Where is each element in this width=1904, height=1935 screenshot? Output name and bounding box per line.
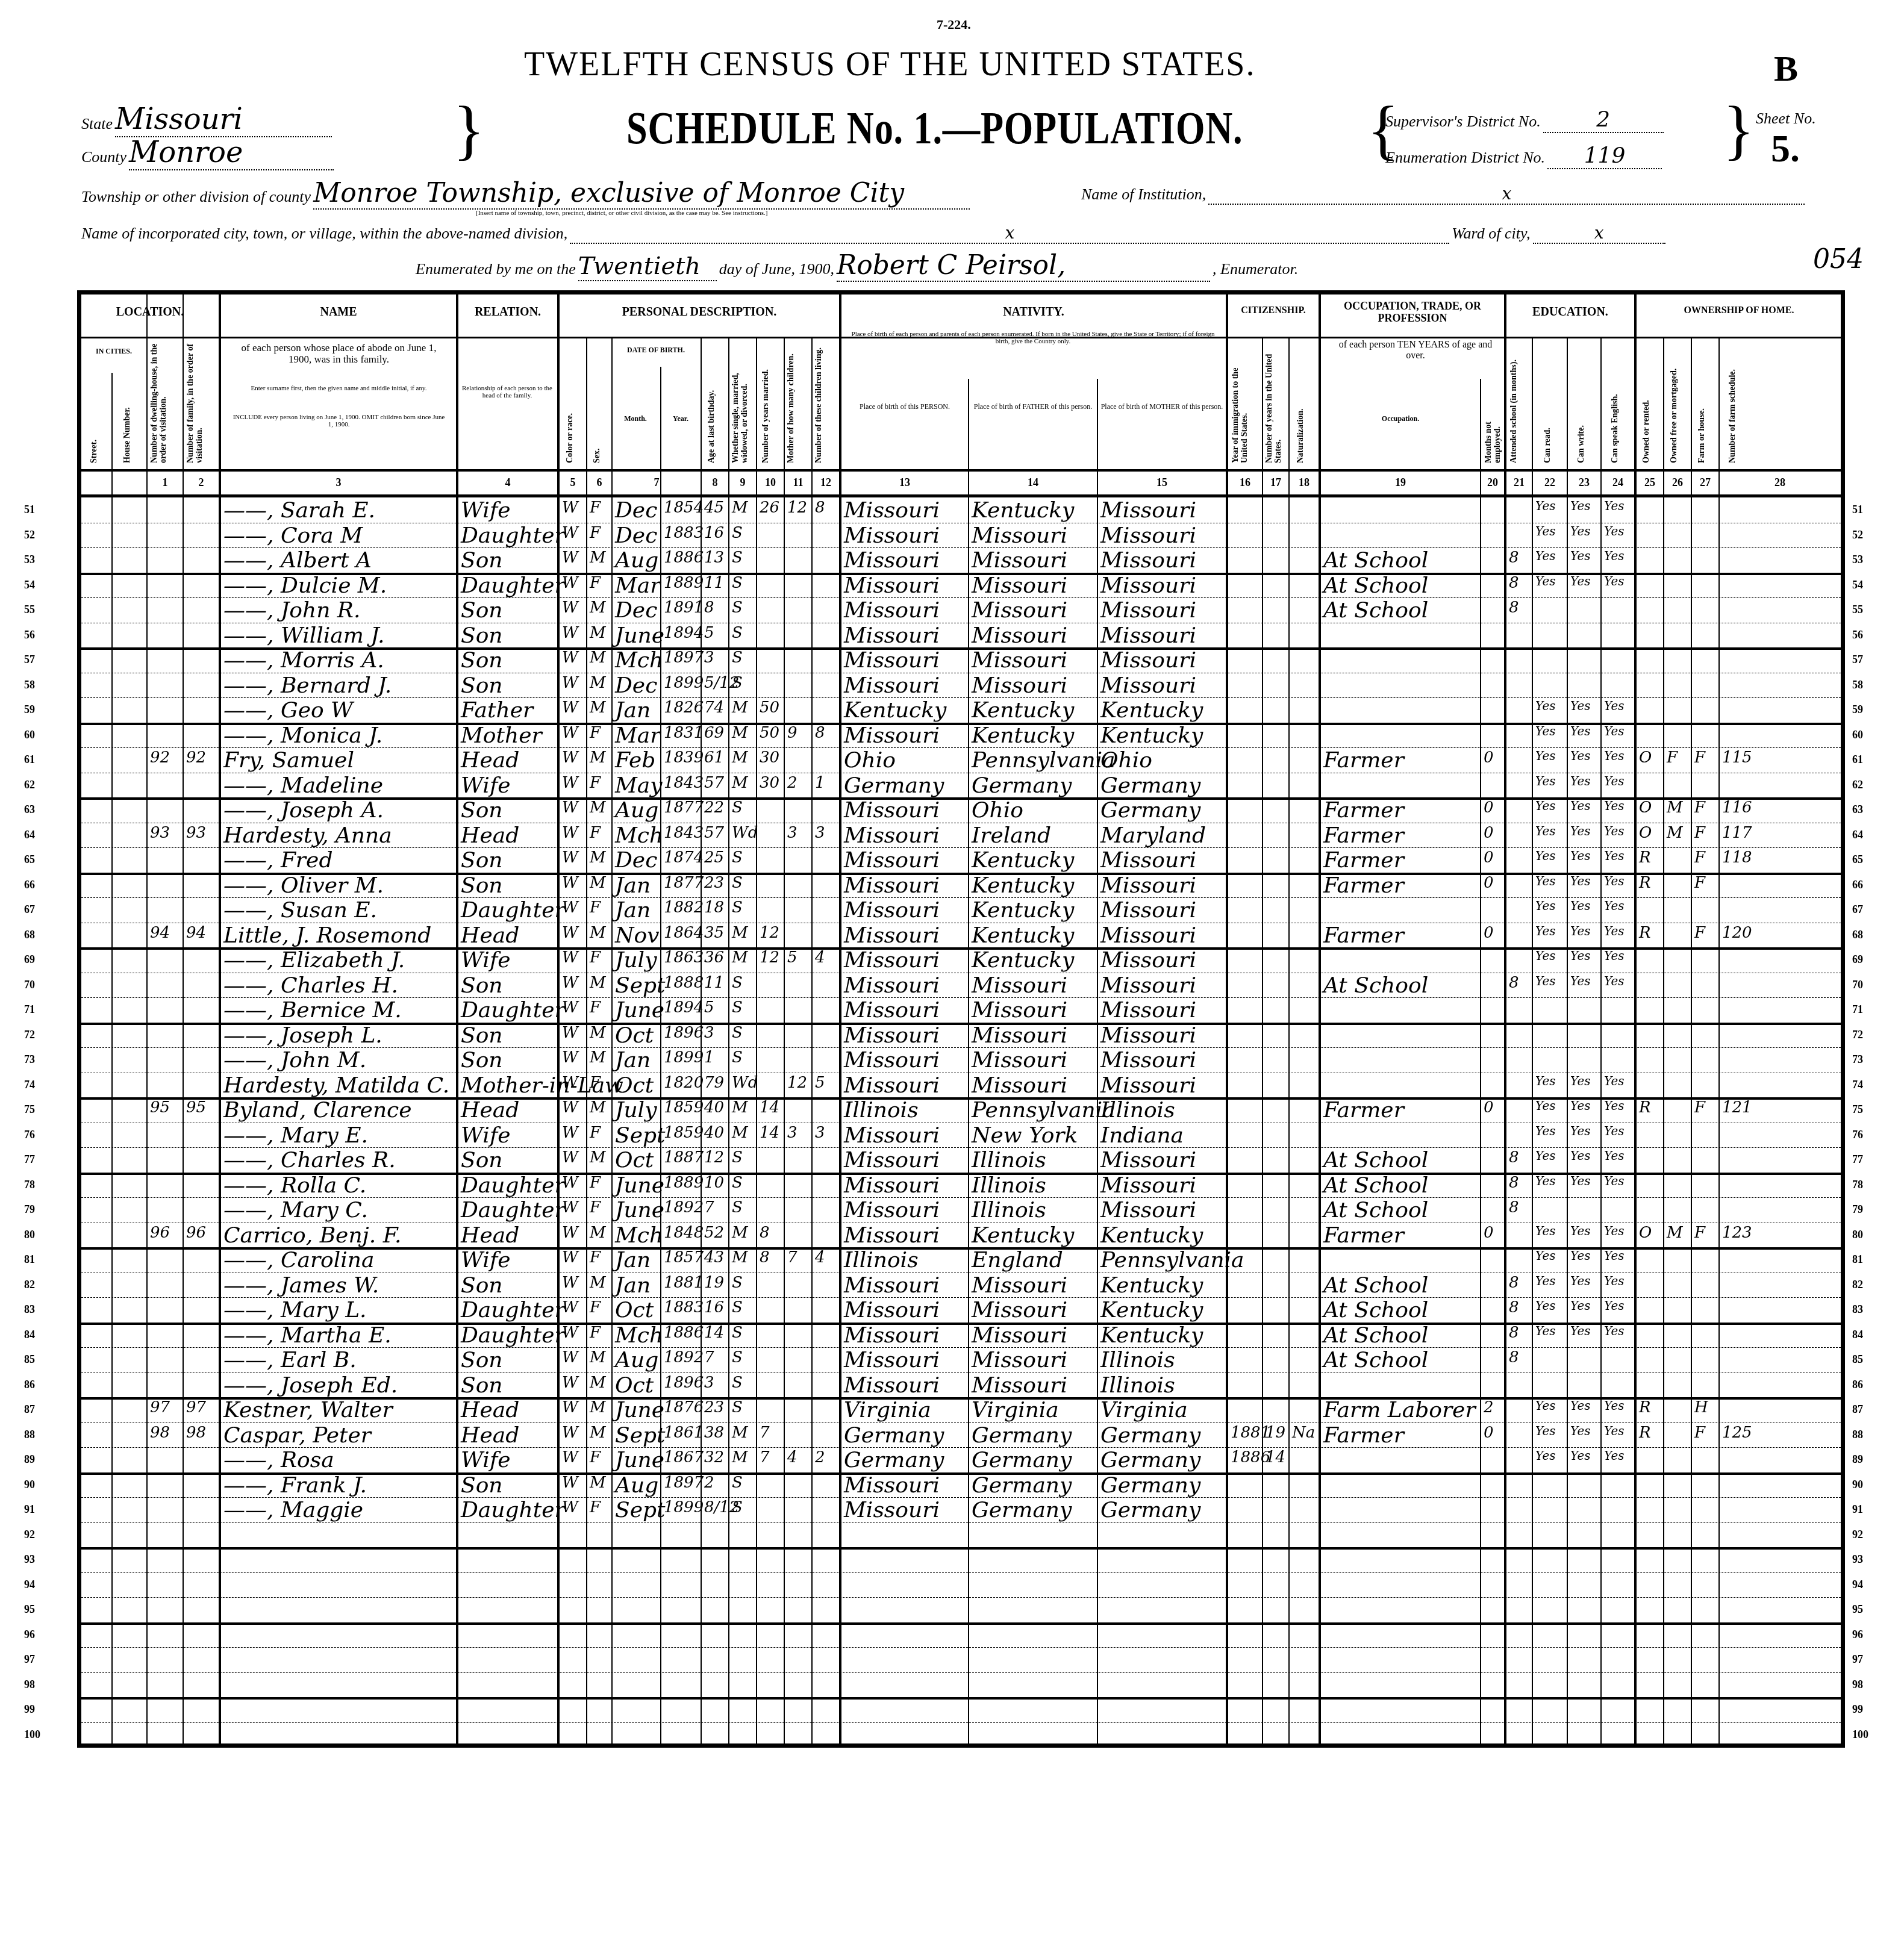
cell-age: 3 — [704, 650, 714, 665]
cell-month: Mch — [615, 650, 659, 671]
cell-birth: Missouri — [844, 825, 940, 847]
cell-write: Yes — [1570, 900, 1591, 912]
cell-read: Yes — [1535, 775, 1556, 787]
cell-yrs-married: 30 — [760, 775, 779, 791]
cell-sex: F — [590, 1450, 601, 1465]
cell-color: W — [562, 625, 578, 641]
cell-relation: Son — [461, 1150, 503, 1171]
vheader-attended-school: Attended school (in months). — [1510, 343, 1519, 463]
cell-year: 1899 — [664, 1050, 699, 1065]
cell-relation: Mother-in-Law — [461, 1075, 556, 1097]
cell-age: 5/12 — [704, 675, 727, 691]
cell-name: ——, Susan E. — [223, 900, 377, 921]
cell-yrs-married: 7 — [760, 1450, 770, 1465]
cell-yrs-us: 14 — [1266, 1450, 1285, 1465]
cell-marital: M — [732, 700, 748, 715]
cell-farm: H — [1694, 1400, 1708, 1415]
cell-father: Virginia — [972, 1400, 1059, 1421]
cell-english: Yes — [1604, 900, 1625, 912]
line-number: 82 — [24, 1279, 35, 1291]
township-field: Township or other division of county Mon… — [81, 178, 970, 210]
vheader-owned-rented: Owned or rented. — [1643, 367, 1652, 463]
cell-birth: Illinois — [844, 1100, 919, 1121]
cell-mother: Ohio — [1100, 750, 1152, 771]
header-name: NAME — [221, 305, 456, 319]
cell-relation: Wife — [461, 500, 511, 522]
cell-own: O — [1639, 825, 1652, 841]
cell-father: Germany — [972, 1475, 1072, 1497]
cell-marital: M — [732, 1125, 748, 1141]
cell-farm: F — [1694, 800, 1705, 815]
line-number: 68 — [24, 929, 35, 941]
cell-father: Missouri — [972, 1325, 1067, 1347]
cell-color: W — [562, 750, 578, 765]
cell-month: Aug — [615, 1475, 658, 1497]
cell-color: W — [562, 1425, 578, 1441]
cell-name: ——, Bernard J. — [223, 675, 392, 697]
cell-birth: Missouri — [844, 1050, 940, 1071]
cell-birth: Missouri — [844, 725, 940, 747]
cell-unemployed: 0 — [1484, 925, 1494, 941]
cell-family: 93 — [186, 825, 206, 841]
cell-birth: Missouri — [844, 1500, 940, 1521]
cell-age: 57 — [704, 825, 724, 841]
cell-sex: F — [590, 1325, 601, 1341]
cell-english: Yes — [1604, 700, 1625, 712]
line-number: 76 — [1852, 1129, 1863, 1141]
cell-english: Yes — [1604, 1275, 1625, 1287]
ward-label: Ward of city, — [1452, 225, 1530, 242]
column-number: 1 — [148, 476, 183, 489]
cell-month: Feb — [615, 750, 655, 771]
line-number: 55 — [24, 603, 35, 616]
column-number: 20 — [1481, 476, 1504, 489]
vheader-street: Street. — [90, 379, 99, 463]
line-number: 80 — [1852, 1229, 1863, 1241]
cell-mother: Missouri — [1100, 950, 1196, 971]
cell-occupation: At School — [1323, 975, 1428, 997]
cell-birth: Missouri — [844, 1475, 940, 1497]
cell-english: Yes — [1604, 875, 1625, 887]
vheader-years-in-us: Number of years in the United States. — [1266, 343, 1283, 463]
cell-relation: Daughter — [461, 1000, 556, 1021]
line-number: 65 — [24, 853, 35, 866]
cell-sex: M — [590, 750, 606, 765]
cell-year: 1899 — [664, 675, 699, 691]
line-number: 81 — [1852, 1253, 1863, 1266]
cell-name: ——, Charles H. — [223, 975, 398, 997]
line-number: 56 — [24, 629, 35, 641]
cell-sex: F — [590, 1250, 601, 1265]
cell-sex: M — [590, 1375, 606, 1391]
cell-school: 8 — [1509, 575, 1519, 591]
grid-line — [1319, 294, 1321, 1743]
cell-mother: Missouri — [1100, 500, 1196, 522]
cell-month: Dec — [615, 500, 657, 522]
header-occupation: OCCUPATION, TRADE, OR PROFESSION — [1321, 301, 1504, 325]
cell-farm: F — [1694, 825, 1705, 841]
cell-birth: Germany — [844, 775, 944, 797]
cell-year: 1877 — [664, 800, 699, 815]
cell-marital: S — [732, 1150, 743, 1165]
cell-mother: Indiana — [1100, 1125, 1184, 1147]
cell-schedule: 125 — [1722, 1425, 1752, 1441]
cell-birth: Missouri — [844, 500, 940, 522]
state-value: Missouri — [115, 102, 332, 137]
cell-color: W — [562, 925, 578, 941]
cell-sex: M — [590, 1275, 606, 1291]
cell-write: Yes — [1570, 1125, 1591, 1137]
cell-father: Missouri — [972, 1350, 1067, 1371]
cell-color: W — [562, 700, 578, 715]
cell-father: Ohio — [972, 800, 1023, 821]
cell-marital: S — [732, 850, 743, 865]
line-number: 70 — [1852, 979, 1863, 991]
cell-father: Kentucky — [972, 850, 1074, 871]
cell-father: Kentucky — [972, 1225, 1074, 1247]
line-number: 53 — [24, 553, 35, 566]
cell-read: Yes — [1535, 1400, 1556, 1412]
vheader-mother-of: Mother of how many children. — [787, 343, 796, 463]
cell-own: R — [1639, 850, 1651, 865]
cell-marital: S — [732, 1400, 743, 1415]
institution-value: x — [1208, 184, 1805, 205]
cell-marital: M — [732, 1450, 748, 1465]
cell-name: ——, Carolina — [223, 1250, 374, 1271]
cell-sex: F — [590, 900, 601, 915]
cell-marital: Wd — [732, 825, 755, 841]
cell-write: Yes — [1570, 1100, 1591, 1112]
cell-occupation: Farmer — [1323, 800, 1404, 821]
line-number: 82 — [1852, 1279, 1863, 1291]
cell-read: Yes — [1535, 875, 1556, 887]
cell-yrs-married: 50 — [760, 700, 779, 715]
cell-month: Dec — [615, 525, 657, 547]
line-number: 85 — [24, 1353, 35, 1366]
cell-write: Yes — [1570, 1150, 1591, 1162]
cell-father: Pennsylvania — [972, 750, 1096, 771]
header-name-instr1: Enter surname first, then the given name… — [232, 385, 446, 392]
line-number: 99 — [24, 1703, 35, 1716]
cell-name: ——, Earl B. — [223, 1350, 357, 1371]
cell-read: Yes — [1535, 925, 1556, 937]
row-divider — [81, 1647, 1841, 1648]
cell-mother: Missouri — [1100, 900, 1196, 921]
header-nativity: NATIVITY. — [841, 305, 1226, 319]
cell-unemployed: 0 — [1484, 1100, 1494, 1115]
line-number: 71 — [1852, 1003, 1863, 1016]
enumerated-suffix: day of June, 1900, — [719, 260, 834, 278]
cell-father: Kentucky — [972, 925, 1074, 947]
cell-marital: Wd — [732, 1075, 755, 1091]
cell-mother: Maryland — [1100, 825, 1206, 847]
line-number: 90 — [1852, 1479, 1863, 1491]
cell-occupation: At School — [1323, 1175, 1428, 1197]
vheader-family: Number of family, in the order of visita… — [187, 343, 204, 463]
enumerator-name: Robert C Peirsol, — [837, 250, 1210, 282]
cell-month: Oct — [615, 1150, 654, 1171]
header-location: LOCATION. — [81, 305, 219, 319]
cell-sex: M — [590, 700, 606, 715]
cell-marital: M — [732, 1425, 748, 1441]
column-number: 10 — [757, 476, 784, 489]
cell-family: 94 — [186, 925, 206, 941]
cell-birth: Missouri — [844, 1175, 940, 1197]
enumerated-day: Twentieth — [578, 252, 717, 281]
cell-mother: Missouri — [1100, 975, 1196, 997]
cell-sex: M — [590, 1475, 606, 1491]
cell-name: ——, Madeline — [223, 775, 383, 797]
cell-color: W — [562, 1275, 578, 1291]
cell-year: 1876 — [664, 1400, 699, 1415]
cell-month: Jan — [615, 1250, 651, 1271]
cell-school: 8 — [1509, 1350, 1519, 1365]
line-number: 70 — [24, 979, 35, 991]
cell-month: July — [615, 1100, 657, 1121]
cell-relation: Head — [461, 1100, 519, 1121]
cell-father: Missouri — [972, 650, 1067, 671]
cell-year: 1889 — [664, 1175, 699, 1191]
cell-occupation: At School — [1323, 1325, 1428, 1347]
cell-year: 1897 — [664, 650, 699, 665]
cell-mother: Missouri — [1100, 575, 1196, 597]
county-label: County — [81, 148, 126, 166]
cell-age: 43 — [704, 1250, 724, 1265]
cell-read: Yes — [1535, 1425, 1556, 1437]
cell-read: Yes — [1535, 525, 1556, 537]
cell-english: Yes — [1604, 1250, 1625, 1262]
cell-schedule: 120 — [1722, 925, 1752, 941]
line-number: 88 — [1852, 1429, 1863, 1441]
cell-mother: Kentucky — [1100, 1325, 1203, 1347]
line-number: 55 — [1852, 603, 1863, 616]
cell-birth: Missouri — [844, 525, 940, 547]
cell-color: W — [562, 825, 578, 841]
cell-occupation: Farmer — [1323, 825, 1404, 847]
cell-marital: S — [732, 975, 743, 991]
cell-dwelling: 98 — [150, 1425, 170, 1441]
cell-occupation: At School — [1323, 550, 1428, 572]
cell-birth: Missouri — [844, 850, 940, 871]
cell-age: 19 — [704, 1275, 724, 1291]
vheader-owned-free: Owned free or mortgaged. — [1670, 343, 1679, 463]
sheet-letter: B — [1774, 48, 1798, 90]
cell-color: W — [562, 1475, 578, 1491]
cell-write: Yes — [1570, 1250, 1591, 1262]
cell-name: ——, Dulcie M. — [223, 575, 387, 597]
cell-color: W — [562, 650, 578, 665]
line-number: 90 — [24, 1479, 35, 1491]
cell-age: 40 — [704, 1125, 724, 1141]
cell-relation: Daughter — [461, 900, 556, 921]
line-number: 83 — [1852, 1303, 1863, 1316]
cell-birth: Missouri — [844, 550, 940, 572]
cell-father: Germany — [972, 1500, 1072, 1521]
cell-mother-of: 3 — [787, 1125, 797, 1141]
cell-mother: Missouri — [1100, 675, 1196, 697]
cell-color: W — [562, 1200, 578, 1215]
cell-occupation: Farm Laborer — [1323, 1400, 1476, 1421]
cell-age: 3 — [704, 1025, 714, 1041]
cell-birth: Missouri — [844, 1350, 940, 1371]
cell-year: 1843 — [664, 825, 699, 841]
cell-year: 1892 — [664, 1350, 699, 1365]
cell-mother-of: 12 — [787, 1075, 807, 1091]
cell-own: R — [1639, 925, 1651, 941]
cell-yrs-married: 12 — [760, 925, 779, 941]
cell-month: June — [615, 1200, 659, 1221]
cell-month: Oct — [615, 1075, 654, 1097]
cell-month: Aug — [615, 800, 658, 821]
cell-read: Yes — [1535, 1175, 1556, 1187]
cell-marital: M — [732, 775, 748, 791]
cell-year: 1891 — [664, 600, 699, 615]
line-number: 75 — [24, 1103, 35, 1116]
cell-living: 4 — [815, 950, 825, 965]
cell-english: Yes — [1604, 975, 1625, 987]
cell-birth: Missouri — [844, 1150, 940, 1171]
cell-mother-of: 4 — [787, 1450, 797, 1465]
cell-mother-of: 7 — [787, 1250, 797, 1265]
line-number: 80 — [24, 1229, 35, 1241]
county-value: Monroe — [129, 136, 334, 170]
column-number-rule — [81, 494, 1841, 497]
cell-marital: S — [732, 900, 743, 915]
cell-relation: Son — [461, 1375, 503, 1397]
line-number: 72 — [1852, 1029, 1863, 1041]
cell-living: 1 — [815, 775, 825, 791]
cell-living: 5 — [815, 1075, 825, 1091]
cell-write: Yes — [1570, 975, 1591, 987]
line-number: 94 — [24, 1578, 35, 1591]
cell-school: 8 — [1509, 1150, 1519, 1165]
cell-write: Yes — [1570, 725, 1591, 737]
supervisor-value: 2 — [1543, 107, 1664, 133]
cell-mother: Missouri — [1100, 1075, 1196, 1097]
cell-dwelling: 93 — [150, 825, 170, 841]
grid-line — [219, 294, 221, 1743]
cell-father: Missouri — [972, 675, 1067, 697]
cell-birth: Missouri — [844, 625, 940, 647]
cell-farm: F — [1694, 875, 1705, 891]
line-number: 51 — [24, 503, 35, 516]
cell-mother: Missouri — [1100, 600, 1196, 622]
grid-line — [1226, 294, 1228, 1743]
cell-color: W — [562, 1300, 578, 1315]
line-number: 68 — [1852, 929, 1863, 941]
cell-yrs-married: 14 — [760, 1125, 779, 1141]
line-number: 84 — [24, 1329, 35, 1341]
header-date-of-birth: DATE OF BIRTH. — [611, 346, 701, 354]
cell-color: W — [562, 800, 578, 815]
cell-relation: Son — [461, 675, 503, 697]
line-number: 93 — [24, 1553, 35, 1566]
cell-occupation: Farmer — [1323, 1225, 1404, 1247]
line-number: 96 — [1852, 1628, 1863, 1641]
cell-marital: S — [732, 675, 743, 691]
line-number: 69 — [24, 953, 35, 966]
column-number: 24 — [1602, 476, 1634, 489]
cell-name: Kestner, Walter — [223, 1400, 393, 1421]
cell-birth: Missouri — [844, 1075, 940, 1097]
cell-relation: Daughter — [461, 1325, 556, 1347]
cell-father: Kentucky — [972, 500, 1074, 522]
cell-read: Yes — [1535, 1225, 1556, 1237]
cell-english: Yes — [1604, 1425, 1625, 1437]
cell-name: Caspar, Peter — [223, 1425, 371, 1447]
cell-english: Yes — [1604, 550, 1625, 562]
line-number: 63 — [24, 803, 35, 816]
header-birth-father: Place of birth of FATHER of this person. — [969, 403, 1097, 411]
cell-color: W — [562, 1000, 578, 1015]
column-number: 21 — [1506, 476, 1532, 489]
cell-living: 8 — [815, 725, 825, 741]
cell-family: 95 — [186, 1100, 206, 1115]
cell-name: ——, Mary E. — [223, 1125, 368, 1147]
cell-occupation: At School — [1323, 1150, 1428, 1171]
cell-father: England — [972, 1250, 1063, 1271]
cell-name: Hardesty, Matilda C. — [223, 1075, 449, 1097]
row-divider — [81, 1747, 1841, 1748]
township-label: Township or other division of county — [81, 188, 311, 205]
cell-marital: S — [732, 1475, 743, 1491]
cell-month: Jan — [615, 875, 651, 897]
cell-marital: S — [732, 800, 743, 815]
cell-father: Illinois — [972, 1200, 1046, 1221]
cell-read: Yes — [1535, 800, 1556, 812]
cell-mother: Missouri — [1100, 1150, 1196, 1171]
grid-line — [1634, 294, 1637, 1743]
header-relation: RELATION. — [458, 305, 557, 319]
cell-age: 25 — [704, 850, 724, 865]
cell-age: 7 — [704, 1350, 714, 1365]
cell-write: Yes — [1570, 775, 1591, 787]
cell-family: 96 — [186, 1225, 206, 1241]
cell-year: 1883 — [664, 1300, 699, 1315]
cell-sex: F — [590, 1175, 601, 1191]
cell-age: 10 — [704, 1175, 724, 1191]
line-number: 88 — [24, 1429, 35, 1441]
line-number: 62 — [1852, 779, 1863, 791]
cell-month: Mch — [615, 1325, 659, 1347]
cell-imm: 1886 — [1231, 1450, 1261, 1465]
vheader-can-read: Can read. — [1544, 403, 1553, 463]
ward-value: x — [1533, 223, 1665, 244]
institution-label: Name of Institution, — [1081, 185, 1206, 203]
cell-color: W — [562, 1125, 578, 1141]
cell-age: 8/12 — [704, 1500, 727, 1515]
cell-sex: M — [590, 1050, 606, 1065]
column-number: 7 — [613, 476, 701, 489]
cell-marital: M — [732, 750, 748, 765]
population-schedule-table: LOCATION. IN CITIES. NAME of each person… — [77, 290, 1845, 1748]
cell-read: Yes — [1535, 1275, 1556, 1287]
cell-age: 8 — [704, 600, 714, 615]
line-number: 94 — [1852, 1578, 1863, 1591]
cell-name: Little, J. Rosemond — [223, 925, 431, 947]
cell-unemployed: 0 — [1484, 875, 1494, 891]
cell-english: Yes — [1604, 1125, 1625, 1137]
line-number: 92 — [24, 1528, 35, 1541]
line-number: 63 — [1852, 803, 1863, 816]
cell-birth: Missouri — [844, 925, 940, 947]
cell-year: 1892 — [664, 1200, 699, 1215]
line-number: 74 — [24, 1079, 35, 1091]
cell-unemployed: 0 — [1484, 1225, 1494, 1241]
line-number: 93 — [1852, 1553, 1863, 1566]
cell-month: June — [615, 1400, 659, 1421]
cell-color: W — [562, 500, 578, 516]
